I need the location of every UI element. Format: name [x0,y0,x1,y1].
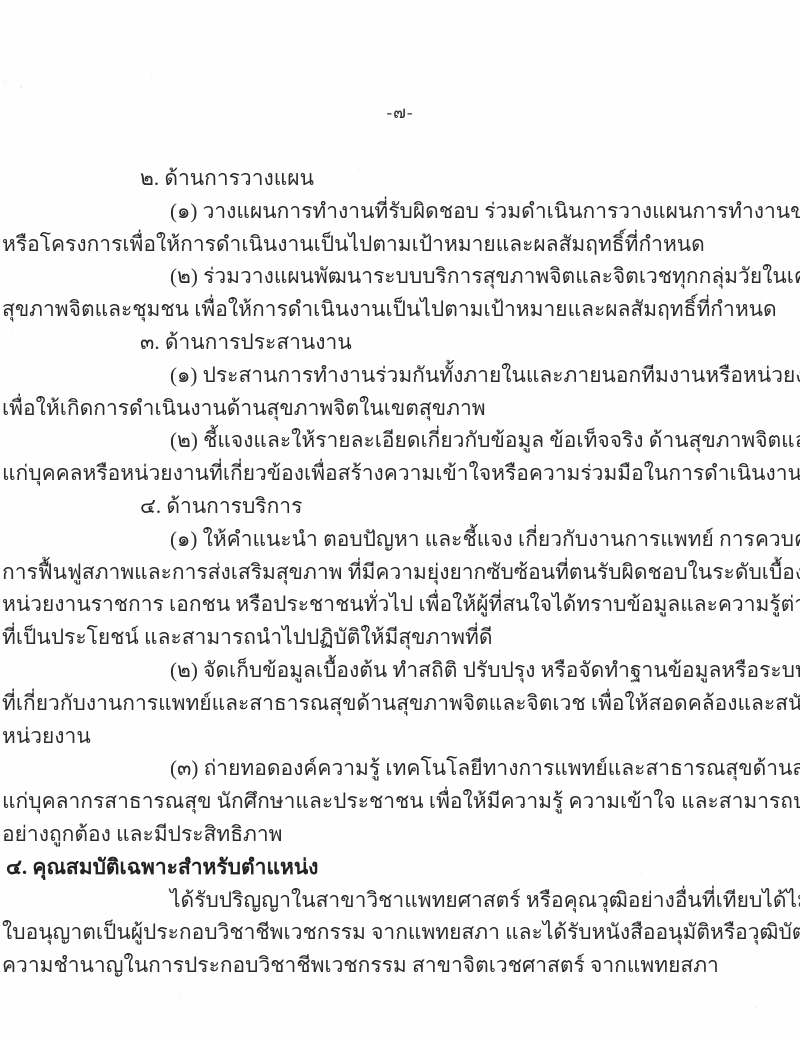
body-line: แก่บุคลากรสาธารณสุข นักศึกษาและประชาชน เ… [0,785,800,818]
body-line: อย่างถูกต้อง และมีประสิทธิภาพ [0,818,800,851]
qualification-heading: ๔. คุณสมบัติเฉพาะสำหรับตำแหน่ง [0,851,800,884]
body-line: ที่เกี่ยวกับงานการแพทย์และสาธารณสุขด้านส… [0,687,800,720]
body-line: หน่วยงาน [0,720,800,753]
body-line: (๒) จัดเก็บข้อมูลเบื้องต้น ทำสถิติ ปรับป… [0,654,800,687]
scanned-document-page: -๗- ๒. ด้านการวางแผน (๑) วางแผนการทำงานท… [0,0,800,1040]
body-line: ความชำนาญในการประกอบวิชาชีพเวชกรรม สาขาจ… [0,949,800,982]
section-service-heading: ๔. ด้านการบริการ [0,490,800,523]
document-content: ๒. ด้านการวางแผน (๑) วางแผนการทำงานที่รั… [0,162,800,982]
body-line: เพื่อให้เกิดการดำเนินงานด้านสุขภาพจิตในเ… [0,392,800,425]
body-line: หรือโครงการเพื่อให้การดำเนินงานเป็นไปตาม… [0,228,800,261]
body-line: (๑) ให้คำแนะนำ ตอบปัญหา และชี้แจง เกี่ยว… [0,523,800,556]
scan-noise-specks [0,0,2,2]
page-number: -๗- [0,100,800,126]
section-planning-heading: ๒. ด้านการวางแผน [0,162,800,195]
body-line: ได้รับปริญญาในสาขาวิชาแพทยศาสตร์ หรือคุณ… [0,884,800,917]
body-line: (๑) วางแผนการทำงานที่รับผิดชอบ ร่วมดำเนิ… [0,195,800,228]
body-line: ที่เป็นประโยชน์ และสามารถนำไปปฏิบัติให้ม… [0,621,800,654]
body-line: (๒) ร่วมวางแผนพัฒนาระบบบริการสุขภาพจิตแล… [0,260,800,293]
body-line: แก่บุคคลหรือหน่วยงานที่เกี่ยวข้องเพื่อสร… [0,457,800,490]
section-coordination-heading: ๓. ด้านการประสานงาน [0,326,800,359]
body-line: (๑) ประสานการทำงานร่วมกันทั้งภายในและภาย… [0,359,800,392]
body-line: (๓) ถ่ายทอดองค์ความรู้ เทคโนโลยีทางการแพ… [0,752,800,785]
body-line: หน่วยงานราชการ เอกชน หรือประชาชนทั่วไป เ… [0,588,800,621]
body-line: การฟื้นฟูสภาพและการส่งเสริมสุขภาพ ที่มีค… [0,556,800,589]
body-line: ใบอนุญาตเป็นผู้ประกอบวิชาชีพเวชกรรม จากแ… [0,916,800,949]
body-line: สุขภาพจิตและชุมชน เพื่อให้การดำเนินงานเป… [0,293,800,326]
body-line: (๒) ชี้แจงและให้รายละเอียดเกี่ยวกับข้อมู… [0,424,800,457]
